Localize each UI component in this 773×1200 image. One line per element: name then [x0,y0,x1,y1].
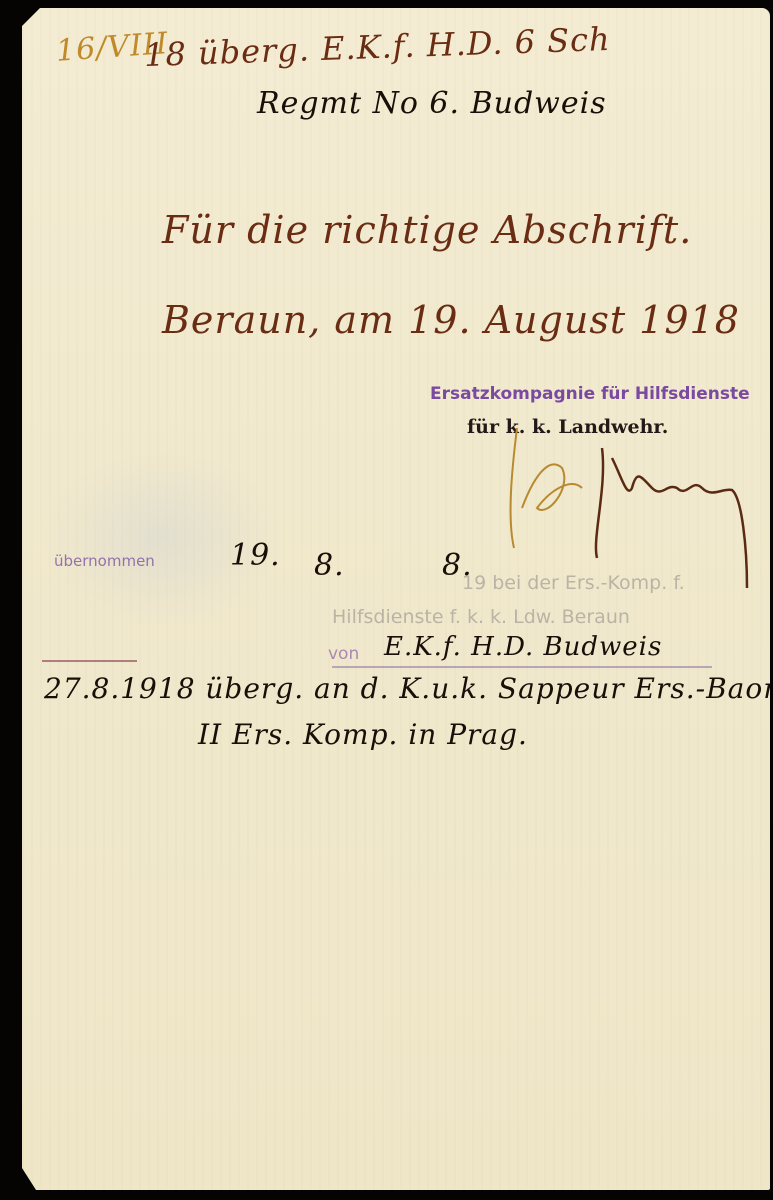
header-line-2: Regmt No 6. Budweis [257,86,607,121]
transfer-note-line-1: 27.8.1918 überg. an d. K.u.k. Sappeur Er… [44,672,770,705]
document-page: 16/VIII 18 überg. E.K.f. H.D. 6 Sch Regm… [22,8,770,1190]
unit-stamp-line-1: Ersatzkompagnie für Hilfsdienste [430,384,750,404]
receipt-from-label: von [328,644,359,664]
receipt-day: 19. [230,538,281,573]
place-date: Beraun, am 19. August 1918 [162,298,740,342]
receipt-month: 8. [314,548,345,583]
signature-icon [492,428,762,588]
receipt-label: übernommen [54,552,155,570]
faint-mark [42,660,137,662]
transfer-note-line-2: II Ers. Komp. in Prag. [198,718,528,751]
header-line-1: 18 überg. E.K.f. H.D. 6 Sch [143,20,611,74]
receipt-stamp-line-2: Hilfsdienste f. k. k. Ldw. Beraun [332,606,630,628]
certification-text: Für die richtige Abschrift. [162,208,692,252]
receipt-stamp-line-1: 19 bei der Ers.-Komp. f. [462,572,685,594]
receipt-from-value: E.K.f. H.D. Budweis [384,632,662,662]
stamp-underline [332,666,712,668]
